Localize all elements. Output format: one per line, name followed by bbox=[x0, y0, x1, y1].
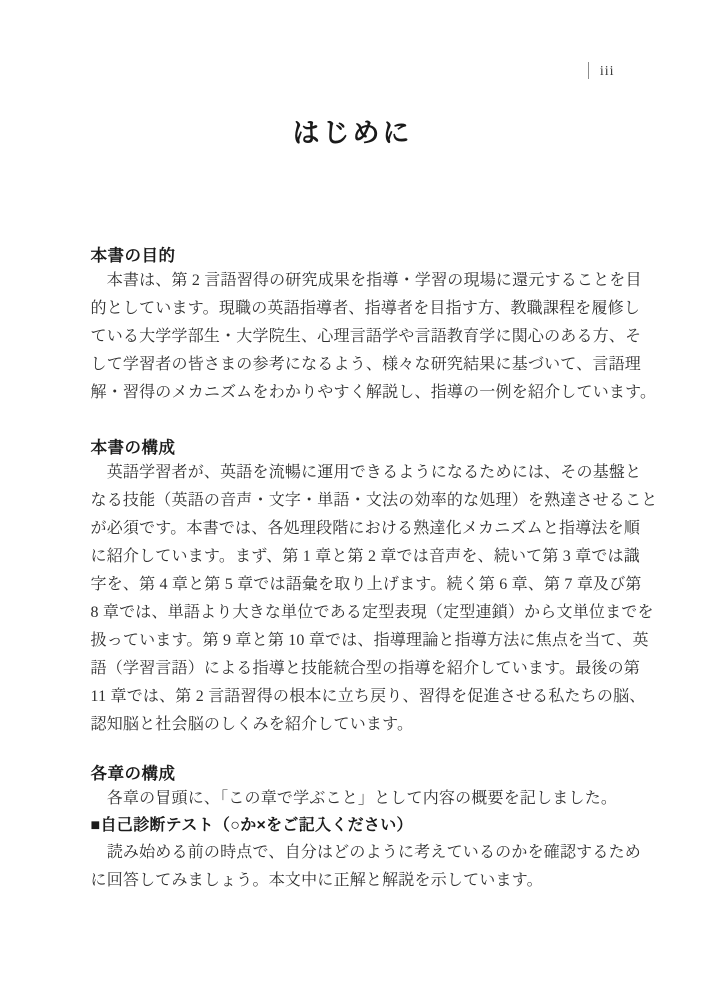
text-line: 11 章では、第 2 言語習得の根本に立ち戻り、習得を促進させる私たちの脳、 bbox=[91, 683, 615, 711]
book-page: iii はじめに 本書の目的 本書は、第 2 言語習得の研究成果を指導・学習の現… bbox=[0, 0, 705, 1000]
page-header: iii bbox=[91, 0, 615, 81]
page-content: iii はじめに 本書の目的 本書は、第 2 言語習得の研究成果を指導・学習の現… bbox=[91, 0, 615, 895]
page-title: はじめに bbox=[91, 117, 615, 149]
section-heading-structure: 本書の構成 bbox=[91, 437, 615, 459]
section-heading-purpose: 本書の目的 bbox=[91, 245, 615, 267]
text-line: 認知脳と社会脳のしくみを紹介しています。 bbox=[91, 711, 615, 739]
section-chapter-structure: 各章の構成 各章の冒頭に、「この章で学ぶこと」として内容の概要を記しました。 ■… bbox=[91, 763, 615, 895]
text-line: に紹介しています。まず、第 1 章と第 2 章では音声を、続いて第 3 章では識 bbox=[91, 543, 615, 571]
section-heading-chapters: 各章の構成 bbox=[91, 763, 615, 785]
text-line: 的としています。現職の英語指導者、指導者を目指す方、教職課程を履修し bbox=[91, 295, 615, 323]
text-line: に回答してみましょう。本文中に正解と解説を示しています。 bbox=[91, 867, 615, 895]
text-line: 英語学習者が、英語を流暢に運用できるようになるためには、その基盤と bbox=[91, 459, 615, 487]
self-diagnosis-test-subheading: ■自己診断テスト（○か×をご記入ください） bbox=[91, 813, 615, 839]
text-line: 字を、第 4 章と第 5 章では語彙を取り上げます。続く第 6 章、第 7 章及… bbox=[91, 571, 615, 599]
page-number: iii bbox=[600, 64, 615, 79]
text-line: 語（学習言語）による指導と技能統合型の指導を紹介しています。最後の第 bbox=[91, 655, 615, 683]
text-line: なる技能（英語の音声・文字・単語・文法の効率的な処理）を熟達させること bbox=[91, 487, 615, 515]
text-line: 解・習得のメカニズムをわかりやすく解説し、指導の一例を紹介しています。 bbox=[91, 379, 615, 407]
text-line: 本書は、第 2 言語習得の研究成果を指導・学習の現場に還元することを目 bbox=[91, 267, 615, 295]
section-book-structure: 本書の構成 英語学習者が、英語を流暢に運用できるようになるためには、その基盤と … bbox=[91, 437, 615, 739]
text-line: 8 章では、単語より大きな単位である定型表現（定型連鎖）から文単位までを bbox=[91, 599, 615, 627]
text-line: 各章の冒頭に、「この章で学ぶこと」として内容の概要を記しました。 bbox=[91, 785, 615, 813]
page-number-divider-bar bbox=[588, 62, 589, 79]
text-line: して学習者の皆さまの参考になるよう、様々な研究結果に基づいて、言語理 bbox=[91, 351, 615, 379]
section-book-purpose: 本書の目的 本書は、第 2 言語習得の研究成果を指導・学習の現場に還元することを… bbox=[91, 245, 615, 407]
text-line: が必須です。本書では、各処理段階における熟達化メカニズムと指導法を順 bbox=[91, 515, 615, 543]
text-line: 読み始める前の時点で、自分はどのように考えているのかを確認するため bbox=[91, 839, 615, 867]
text-line: 扱っています。第 9 章と第 10 章では、指導理論と指導方法に焦点を当て、英 bbox=[91, 627, 615, 655]
text-line: ている大学学部生・大学院生、心理言語学や言語教育学に関心のある方、そ bbox=[91, 323, 615, 351]
